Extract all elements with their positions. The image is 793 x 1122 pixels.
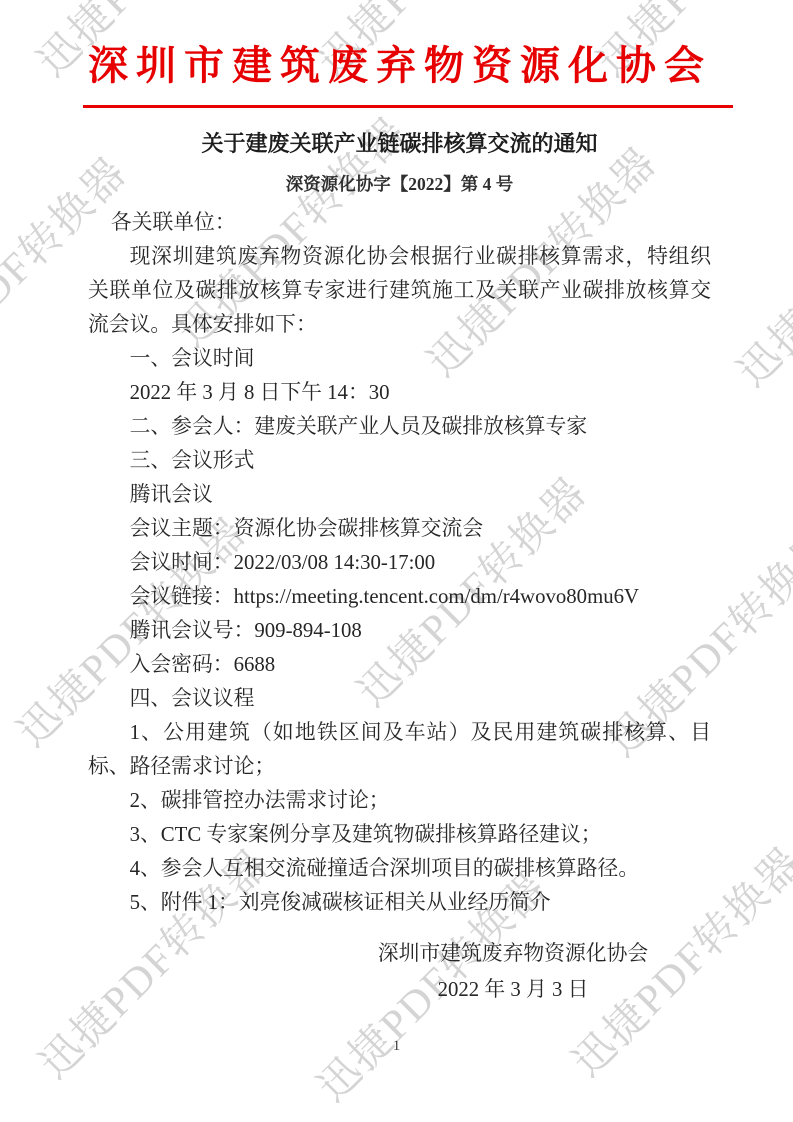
agenda-item: 3、CTC 专家案例分享及建筑物碳排核算路径建议； (88, 818, 711, 852)
header-divider (83, 105, 733, 108)
signature-org: 深圳市建筑废弃物资源化协会 (323, 936, 703, 972)
body-line: 2022 年 3 月 8 日下午 14：30 (88, 376, 711, 410)
agenda-item: 5、附件 1：刘亮俊减碳核证相关从业经历简介 (88, 886, 711, 920)
body-line: 会议主题：资源化协会碳排核算交流会 (88, 512, 711, 546)
meeting-link-line: 会议链接：https://meeting.tencent.com/dm/r4wo… (88, 580, 711, 614)
agenda-item: 4、参会人互相交流碰撞适合深圳项目的碳排核算路径。 (88, 852, 711, 886)
document-content: 深圳市建筑废弃物资源化协会 关于建废关联产业链碳排核算交流的通知 深资源化协字【… (88, 0, 711, 1008)
document-body: 各关联单位： 现深圳建筑废弃物资源化协会根据行业碳排核算需求，特组织关联单位及碳… (88, 206, 711, 920)
intro-paragraph: 现深圳建筑废弃物资源化协会根据行业碳排核算需求，特组织关联单位及碳排放核算专家进… (88, 240, 711, 342)
watermark: 迅捷PDF转换器 (722, 142, 793, 399)
signature-block: 深圳市建筑废弃物资源化协会 2022 年 3 月 3 日 (323, 936, 703, 1008)
body-line: 入会密码：6688 (88, 648, 711, 682)
doc-number: 深资源化协字【2022】第 4 号 (88, 172, 711, 196)
agenda-item: 1、公用建筑（如地铁区间及车站）及民用建筑碳排核算、目标、路径需求讨论； (88, 716, 711, 784)
document-page: 迅捷PDF转换器 迅捷PDF转换器 迅捷PDF转换器 迅捷PDF转换器 迅捷PD… (0, 0, 793, 1122)
doc-title: 关于建废关联产业链碳排核算交流的通知 (88, 129, 711, 159)
org-title: 深圳市建筑废弃物资源化协会 (88, 42, 711, 90)
signature-date: 2022 年 3 月 3 日 (323, 972, 703, 1008)
salutation: 各关联单位： (88, 206, 711, 240)
body-line: 腾讯会议 (88, 478, 711, 512)
page-number: 1 (0, 1038, 793, 1055)
agenda-item: 2、碳排管控办法需求讨论； (88, 784, 711, 818)
body-line: 会议时间：2022/03/08 14:30-17:00 (88, 546, 711, 580)
body-line: 三、会议形式 (88, 444, 711, 478)
body-line: 二、参会人：建废关联产业人员及碳排放核算专家 (88, 410, 711, 444)
body-line: 一、会议时间 (88, 342, 711, 376)
body-line: 腾讯会议号：909-894-108 (88, 614, 711, 648)
body-line: 四、会议议程 (88, 682, 711, 716)
